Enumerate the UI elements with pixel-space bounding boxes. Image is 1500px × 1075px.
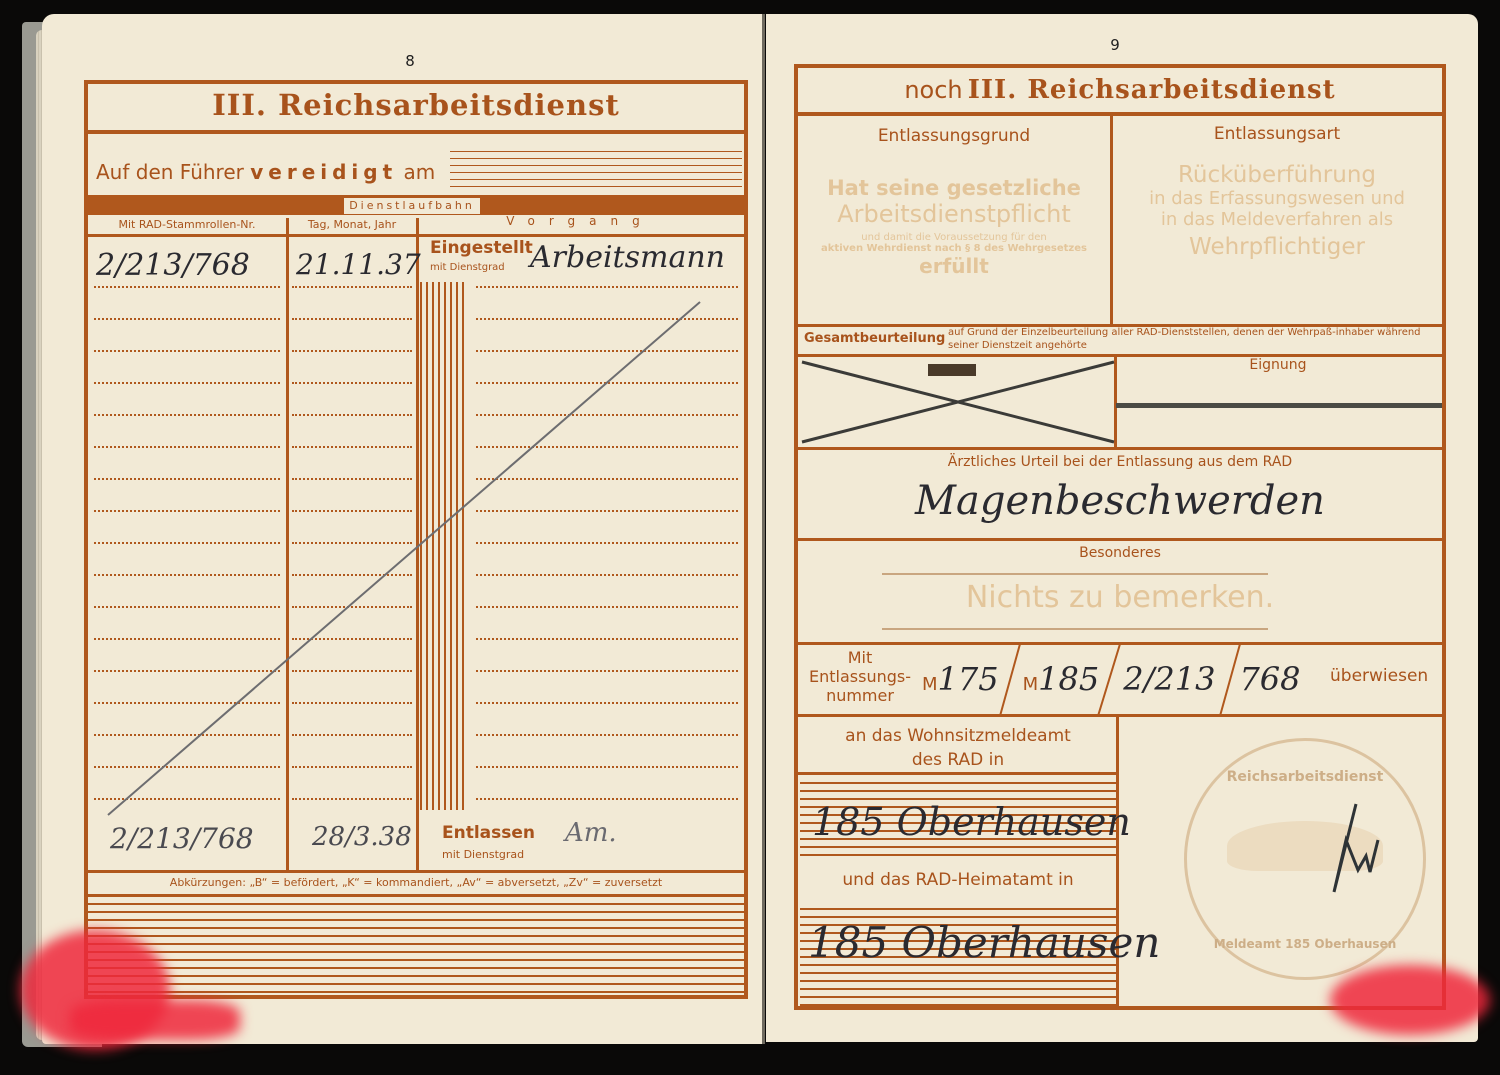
gesamtbeurteilung-description: auf Grund der Einzelbeurteilung aller RA… xyxy=(948,326,1438,352)
divider xyxy=(798,714,1442,717)
heimatamt-label: und das RAD-Heimatamt in xyxy=(800,870,1116,890)
entry-dienstgrad: Arbeitsmann xyxy=(530,240,725,275)
column-header-vorgang: Vorgang xyxy=(420,214,740,228)
abbreviations-note: Abkürzungen: „B“ = befördert, „K“ = komm… xyxy=(88,876,744,889)
right-page-title: noch III. Reichsarbeitsdienst xyxy=(798,70,1442,113)
left-page-title: III. Reichsarbeitsdienst xyxy=(88,84,744,126)
rule xyxy=(882,573,1268,575)
aerztliches-urteil-label: Ärztliches Urteil bei der Entlassung aus… xyxy=(798,454,1442,470)
gesamtbeurteilung-label: Gesamtbeurteilung xyxy=(804,331,945,346)
frame-right xyxy=(744,895,748,999)
frame-bottom xyxy=(84,995,748,999)
entlassungsnummer-separators xyxy=(990,644,1320,716)
column-header-date: Tag, Monat, Jahr xyxy=(290,218,414,231)
oath-label: Auf den Führer vereidigt am xyxy=(96,160,435,184)
exit-stammrollen-nr: 2/213/768 xyxy=(110,822,254,855)
divider xyxy=(798,538,1442,541)
divider xyxy=(88,130,744,134)
red-edge-stain xyxy=(70,1000,240,1040)
heimatamt-value: 185 Oberhausen xyxy=(808,918,1160,967)
column-header-stammrolle: Mit RAD-Stammrollen-Nr. xyxy=(92,218,282,231)
divider xyxy=(798,772,1116,775)
page-number-left: 8 xyxy=(390,52,430,70)
entlassungsnummer-label: Mit Entlassungs- nummer xyxy=(800,648,920,705)
besonderes-value: Nichts zu bemerken. xyxy=(798,580,1442,615)
entlassungsart-stamp: Rücküberführung in das Erfassungswesen u… xyxy=(1114,162,1440,260)
divider xyxy=(798,112,1442,116)
entlassungsart-label: Entlassungsart xyxy=(1114,124,1440,144)
dotted-row-line xyxy=(292,286,412,288)
official-seal: Reichsarbeitsdienst Meldeamt 185 Oberhau… xyxy=(1184,738,1426,980)
page-number-right: 9 xyxy=(1095,36,1135,54)
entry-stammrollen-nr: 2/213/768 xyxy=(96,248,250,283)
dotted-row-line xyxy=(476,286,738,288)
ueberwiesen-label: überwiesen xyxy=(1330,666,1428,686)
entlassungsgrund-stamp: Hat seine gesetzliche Arbeitsdienstpflic… xyxy=(800,176,1108,278)
exit-date: 28/3.38 xyxy=(312,822,412,852)
eignung-label: Eignung xyxy=(1118,357,1438,373)
aerztliches-urteil-value: Magenbeschwerden xyxy=(798,478,1442,524)
wohnsitzmeldeamt-label: an das Wohnsitzmeldeamt des RAD in xyxy=(800,724,1116,772)
divider xyxy=(798,447,1442,450)
besonderes-label: Besonderes xyxy=(798,545,1442,561)
column-divider xyxy=(1110,116,1113,326)
exit-vorgang-label: Entlassen xyxy=(442,823,535,843)
dotted-row-line xyxy=(94,286,280,288)
signature xyxy=(1316,800,1386,900)
eignung-strike xyxy=(1116,403,1442,408)
entry-date: 21.11.37 xyxy=(296,248,421,281)
divider xyxy=(88,870,744,873)
exit-vorgang-sublabel: mit Dienstgrad xyxy=(442,848,524,861)
cancel-stroke xyxy=(100,290,710,820)
entry-vorgang-label: Eingestellt xyxy=(430,238,533,258)
red-edge-stain xyxy=(1330,965,1490,1035)
book-gutter xyxy=(762,14,765,1044)
entlassungsgrund-label: Entlassungsgrund xyxy=(800,126,1108,146)
dienstlaufbahn-label: Dienstlaufbahn xyxy=(344,198,480,214)
ruled-area xyxy=(88,897,744,995)
struck-out-box xyxy=(798,356,1116,448)
rule xyxy=(882,628,1268,630)
wohnsitzmeldeamt-value: 185 Oberhausen xyxy=(812,800,1131,844)
entry-vorgang-sublabel: mit Dienstgrad xyxy=(430,262,505,273)
oath-date-field[interactable] xyxy=(450,145,742,191)
exit-dienstgrad: Am. xyxy=(565,818,617,848)
